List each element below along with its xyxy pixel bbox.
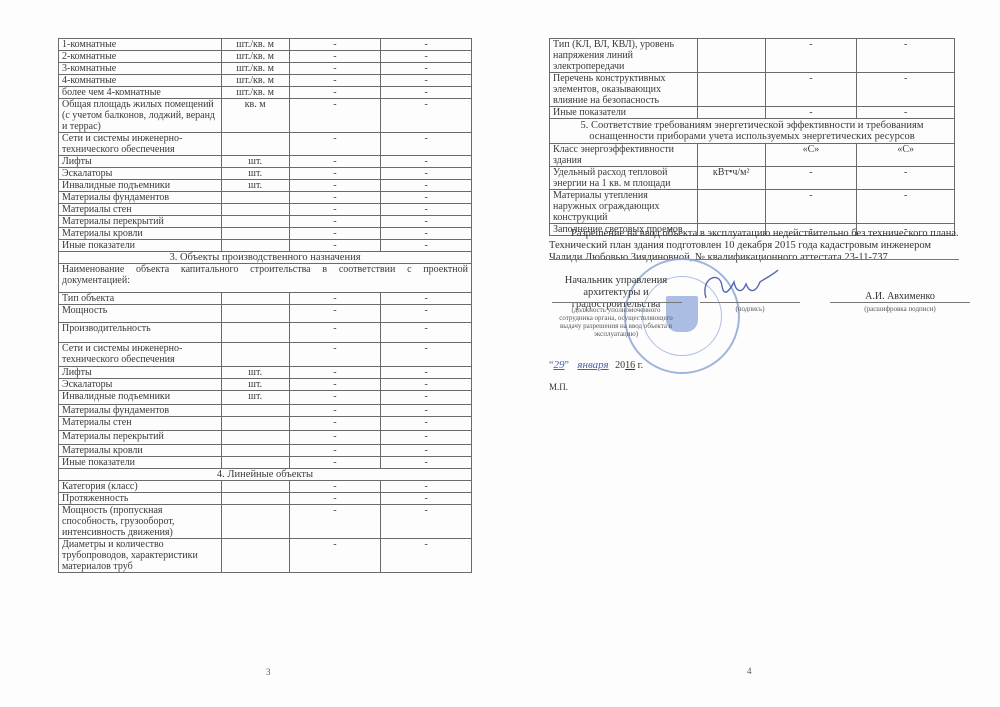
row-name: Иные показатели [59, 240, 222, 252]
row-name: Удельный расход тепловой энергии на 1 кв… [550, 167, 698, 190]
row-name: Материалы стен [59, 204, 222, 216]
table-row: Материалы фундаментов-- [59, 405, 472, 417]
row-unit: кв. м [221, 99, 289, 133]
signature-caption: (подпись) [720, 305, 780, 313]
table-row: Материалы фундаментов-- [59, 192, 472, 204]
row-unit [221, 445, 289, 457]
row-fact-value: - [381, 481, 472, 493]
row-plan-value: - [289, 323, 381, 343]
table-row: Диаметры и количество трубопроводов, хар… [59, 539, 472, 573]
row-unit [221, 481, 289, 493]
row-fact-value: - [381, 505, 472, 539]
row-name: Общая площадь жилых помещений (с учетом … [59, 99, 222, 133]
industrial-rows: Тип объекта--Мощность--Производительност… [59, 293, 472, 469]
row-plan-value: - [765, 190, 857, 224]
row-unit [221, 493, 289, 505]
date-year-end: г. [638, 360, 643, 371]
row-plan-value: - [289, 493, 381, 505]
row-plan-value: - [289, 204, 381, 216]
position-caption: (должность уполномоченного сотрудника ор… [556, 306, 676, 338]
row-name: Сети и системы инженерно-технического об… [59, 133, 222, 156]
row-plan-value: - [289, 391, 381, 405]
row-plan-value: - [289, 505, 381, 539]
table-row: Материалы кровли-- [59, 228, 472, 240]
row-unit: шт. [221, 379, 289, 391]
row-fact-value: - [381, 343, 472, 367]
row-plan-value: - [289, 75, 381, 87]
row-fact-value: - [381, 51, 472, 63]
row-fact-value: «С» [857, 144, 955, 167]
row-unit [221, 539, 289, 573]
row-unit [221, 505, 289, 539]
row-plan-value: - [289, 39, 381, 51]
row-fact-value: - [381, 493, 472, 505]
row-fact-value: - [857, 107, 955, 119]
row-fact-value: - [381, 87, 472, 99]
row-plan-value: - [289, 367, 381, 379]
row-name: Иные показатели [59, 457, 222, 469]
row-plan-value: - [765, 39, 857, 73]
row-name: Лифты [59, 156, 222, 168]
row-unit: шт./кв. м [221, 87, 289, 99]
row-unit [221, 192, 289, 204]
row-fact-value: - [381, 391, 472, 405]
name-caption: (расшифровка подписи) [830, 305, 970, 313]
row-unit: шт. [221, 367, 289, 379]
table-row: более чем 4-комнатныешт./кв. м-- [59, 87, 472, 99]
row-fact-value: - [381, 305, 472, 323]
row-unit [221, 431, 289, 445]
row-name: более чем 4-комнатные [59, 87, 222, 99]
row-unit: шт. [221, 168, 289, 180]
row-fact-value: - [857, 73, 955, 107]
row-fact-value: - [857, 167, 955, 190]
table-row: 1-комнатныешт./кв. м-- [59, 39, 472, 51]
row-unit: шт. [221, 180, 289, 192]
section-3-title: 3. Объекты производственного назначения [59, 252, 472, 264]
linear-rows-continued: Тип (КЛ, ВЛ, КВЛ), уровень напряжения ли… [550, 39, 955, 119]
section-4-title: 4. Линейные объекты [59, 469, 472, 481]
row-name: Лифты [59, 367, 222, 379]
row-name: Материалы стен [59, 417, 222, 431]
date-month: января [577, 359, 608, 371]
row-plan-value: - [289, 63, 381, 75]
row-fact-value: - [381, 431, 472, 445]
row-name: Эскалаторы [59, 379, 222, 391]
row-unit [221, 405, 289, 417]
row-unit: кВт•ч/м² [697, 167, 765, 190]
residential-rows: 1-комнатныешт./кв. м--2-комнатныешт./кв.… [59, 39, 472, 252]
table-row: Удельный расход тепловой энергии на 1 кв… [550, 167, 955, 190]
row-unit [697, 144, 765, 167]
table-row: Тип (КЛ, ВЛ, КВЛ), уровень напряжения ли… [550, 39, 955, 73]
table-row: 3-комнатныешт./кв. м-- [59, 63, 472, 75]
signature-line [700, 302, 800, 303]
table-row: Материалы кровли-- [59, 445, 472, 457]
table-row: Материалы стен-- [59, 417, 472, 431]
date-day: 29 [553, 359, 564, 371]
energy-rows: Класс энергоэффективности здания«С»«С»Уд… [550, 144, 955, 236]
table-row: Материалы перекрытий-- [59, 431, 472, 445]
row-name: 4-комнатные [59, 75, 222, 87]
row-plan-value: - [289, 305, 381, 323]
section-5-title: 5. Соответствие требованиям энергетическ… [550, 119, 955, 144]
row-unit [221, 228, 289, 240]
row-fact-value: - [381, 216, 472, 228]
row-unit: шт./кв. м [221, 51, 289, 63]
row-fact-value: - [381, 445, 472, 457]
row-name: Эскалаторы [59, 168, 222, 180]
table-row: Тип объекта-- [59, 293, 472, 305]
row-fact-value: - [381, 323, 472, 343]
table-row: Лифтышт.-- [59, 367, 472, 379]
divider [549, 259, 959, 260]
row-fact-value: - [857, 190, 955, 224]
row-unit: шт. [221, 391, 289, 405]
row-plan-value: - [289, 87, 381, 99]
table-row: Материалы стен-- [59, 204, 472, 216]
row-unit [221, 305, 289, 323]
row-name: Материалы кровли [59, 228, 222, 240]
table-row: Лифтышт.-- [59, 156, 472, 168]
row-plan-value: - [289, 431, 381, 445]
row-plan-value: - [289, 192, 381, 204]
table-row: Класс энергоэффективности здания«С»«С» [550, 144, 955, 167]
table-row: Эскалаторышт.-- [59, 168, 472, 180]
row-name: 3-комнатные [59, 63, 222, 75]
row-fact-value: - [381, 367, 472, 379]
row-plan-value: - [289, 240, 381, 252]
row-unit [221, 343, 289, 367]
signatory-name: А.И. Авхименко [830, 291, 970, 302]
date-year-prefix: 20 [615, 360, 625, 371]
row-fact-value: - [381, 99, 472, 133]
row-fact-value: - [381, 417, 472, 431]
row-unit [697, 190, 765, 224]
row-unit [221, 457, 289, 469]
row-name: 1-комнатные [59, 39, 222, 51]
row-name: Иные показатели [550, 107, 698, 119]
row-unit [221, 240, 289, 252]
row-name: Мощность (пропускная способность, грузоо… [59, 505, 222, 539]
row-plan-value: - [765, 107, 857, 119]
row-fact-value: - [381, 240, 472, 252]
row-fact-value: - [381, 180, 472, 192]
row-name: Материалы утепления наружных ограждающих… [550, 190, 698, 224]
row-fact-value: - [381, 63, 472, 75]
row-unit [697, 39, 765, 73]
row-unit: шт. [221, 156, 289, 168]
page-number: 3 [266, 667, 271, 677]
row-name: Сети и системы инженерно-технического об… [59, 343, 222, 367]
row-plan-value: - [289, 481, 381, 493]
table-row: Материалы утепления наружных ограждающих… [550, 190, 955, 224]
table-row: Производительность-- [59, 323, 472, 343]
row-name: Класс энергоэффективности здания [550, 144, 698, 167]
row-plan-value: - [289, 343, 381, 367]
row-plan-value: - [289, 379, 381, 391]
row-fact-value: - [857, 39, 955, 73]
row-fact-value: - [381, 133, 472, 156]
row-plan-value: - [289, 133, 381, 156]
note-line-1: Разрешение на ввод объекта в эксплуатаци… [571, 228, 959, 239]
row-name: Тип объекта [59, 293, 222, 305]
row-fact-value: - [381, 204, 472, 216]
row-fact-value: - [381, 293, 472, 305]
seal-label: М.П. [549, 382, 568, 392]
row-plan-value: - [289, 51, 381, 63]
row-name: Инвалидные подъемники [59, 180, 222, 192]
row-plan-value: - [289, 168, 381, 180]
row-plan-value: - [289, 539, 381, 573]
table-row: Общая площадь жилых помещений (с учетом … [59, 99, 472, 133]
table-row: Перечень конструктивных элементов, оказы… [550, 73, 955, 107]
indicators-table-right: Тип (КЛ, ВЛ, КВЛ), уровень напряжения ли… [549, 38, 955, 236]
table-row: Эскалаторышт.-- [59, 379, 472, 391]
row-name: Материалы фундаментов [59, 192, 222, 204]
row-plan-value: - [765, 73, 857, 107]
position-line [552, 302, 682, 303]
row-plan-value: - [289, 156, 381, 168]
table-row: 4-комнатныешт./кв. м-- [59, 75, 472, 87]
row-unit [221, 293, 289, 305]
row-plan-value: - [289, 216, 381, 228]
row-name: Материалы фундаментов [59, 405, 222, 417]
row-plan-value: - [289, 99, 381, 133]
issue-date: “29” января 2016 г. [549, 359, 643, 371]
row-fact-value: - [381, 168, 472, 180]
row-plan-value: - [289, 293, 381, 305]
row-plan-value: - [289, 405, 381, 417]
table-row: Сети и системы инженерно-технического об… [59, 343, 472, 367]
row-plan-value: - [289, 180, 381, 192]
row-name: Категория (класс) [59, 481, 222, 493]
row-name: 2-комнатные [59, 51, 222, 63]
row-plan-value: - [765, 167, 857, 190]
page-number: 4 [747, 666, 752, 676]
date-year-suffix: 16 [625, 360, 635, 371]
row-fact-value: - [381, 75, 472, 87]
table-row: Иные показатели-- [550, 107, 955, 119]
row-name: Мощность [59, 305, 222, 323]
row-name: Материалы перекрытий [59, 216, 222, 228]
row-fact-value: - [381, 228, 472, 240]
table-row: Сети и системы инженерно-технического об… [59, 133, 472, 156]
row-name: Материалы кровли [59, 445, 222, 457]
row-plan-value: - [289, 445, 381, 457]
indicators-table-left: 1-комнатныешт./кв. м--2-комнатныешт./кв.… [58, 38, 472, 573]
row-unit [221, 216, 289, 228]
row-name: Перечень конструктивных элементов, оказы… [550, 73, 698, 107]
table-row: Категория (класс)-- [59, 481, 472, 493]
row-fact-value: - [381, 379, 472, 391]
row-fact-value: - [381, 457, 472, 469]
row-fact-value: - [381, 192, 472, 204]
table-row: Инвалидные подъемникишт.-- [59, 391, 472, 405]
row-plan-value: - [289, 457, 381, 469]
row-plan-value: «С» [765, 144, 857, 167]
row-unit [221, 323, 289, 343]
name-line [830, 302, 970, 303]
row-fact-value: - [381, 405, 472, 417]
table-row: Инвалидные подъемникишт.-- [59, 180, 472, 192]
page-4: Тип (КЛ, ВЛ, КВЛ), уровень напряжения ли… [500, 0, 1000, 707]
row-fact-value: - [381, 39, 472, 51]
row-name: Протяженность [59, 493, 222, 505]
table-row: Мощность (пропускная способность, грузоо… [59, 505, 472, 539]
row-name: Тип (КЛ, ВЛ, КВЛ), уровень напряжения ли… [550, 39, 698, 73]
row-unit [221, 204, 289, 216]
row-name: Производительность [59, 323, 222, 343]
table-row: Иные показатели-- [59, 240, 472, 252]
row-unit: шт./кв. м [221, 39, 289, 51]
table-row: Материалы перекрытий-- [59, 216, 472, 228]
table-row: 2-комнатныешт./кв. м-- [59, 51, 472, 63]
row-unit: шт./кв. м [221, 75, 289, 87]
section-3-description: Наименование объекта капитального строит… [59, 264, 472, 293]
row-fact-value: - [381, 539, 472, 573]
row-name: Материалы перекрытий [59, 431, 222, 445]
row-plan-value: - [289, 228, 381, 240]
row-unit [221, 417, 289, 431]
row-name: Диаметры и количество трубопроводов, хар… [59, 539, 222, 573]
table-row: Мощность-- [59, 305, 472, 323]
row-unit [697, 107, 765, 119]
row-name: Инвалидные подъемники [59, 391, 222, 405]
table-row: Протяженность-- [59, 493, 472, 505]
row-unit [697, 73, 765, 107]
row-unit [221, 133, 289, 156]
page-3: 1-комнатныешт./кв. м--2-комнатныешт./кв.… [0, 0, 500, 707]
row-plan-value: - [289, 417, 381, 431]
row-fact-value: - [381, 156, 472, 168]
linear-rows: Категория (класс)--Протяженность--Мощнос… [59, 481, 472, 573]
table-row: Иные показатели-- [59, 457, 472, 469]
row-unit: шт./кв. м [221, 63, 289, 75]
